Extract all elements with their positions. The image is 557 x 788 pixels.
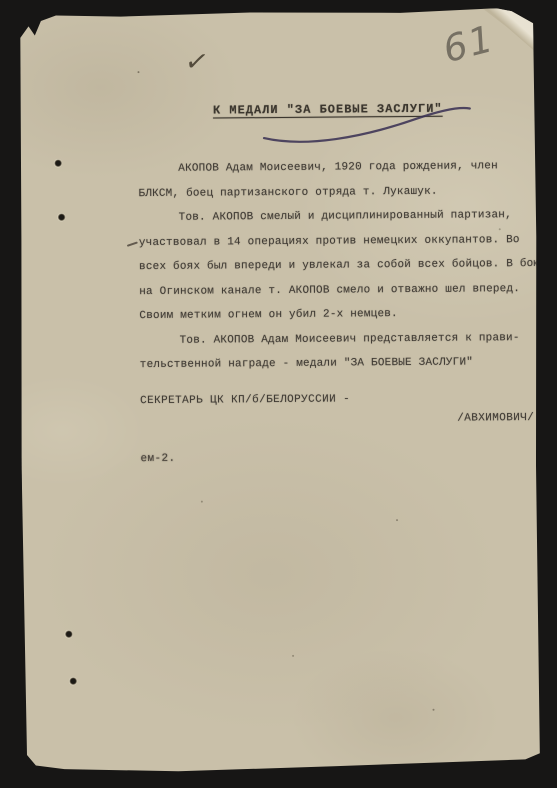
body-line: Тов. АКОПОВ Адам Моисеевич представляетс…	[140, 332, 526, 360]
title-row: К МЕДАЛИ "ЗА БОЕВЫЕ ЗАСЛУГИ"	[138, 98, 518, 119]
body-line: на Огинском канале т. АКОПОВ смело и отв…	[139, 283, 525, 311]
document-title: К МЕДАЛИ "ЗА БОЕВЫЕ ЗАСЛУГИ"	[213, 102, 443, 118]
body-line: БЛКСМ, боец партизанского отряда т. Лука…	[138, 185, 524, 213]
body-line: тельственной награде - медали "ЗА БОЕВЫЕ…	[140, 356, 526, 384]
handwritten-page-number: 61	[439, 17, 499, 71]
signature-name: /АВХИМОВИЧ/	[140, 412, 534, 427]
body-line: Своим метким огнем он убил 2-х немцев.	[139, 307, 525, 335]
paper-specks	[137, 71, 139, 73]
punch-hole	[57, 213, 66, 222]
body-line: участвовал в 14 операциях против немецки…	[139, 234, 525, 262]
body-line: Тов. АКОПОВ смелый и дисциплинированный …	[139, 209, 525, 237]
signature-title: СЕКРЕТАРЬ ЦК КП/б/БЕЛОРУССИИ -	[140, 393, 350, 407]
punch-hole	[68, 677, 77, 686]
body-line: всех боях был впереди и увлекал за собой…	[139, 258, 525, 286]
document-body: АКОПОВ Адам Моисеевич, 1920 года рождени…	[138, 160, 526, 384]
punch-hole	[53, 159, 62, 168]
pen-margin-mark	[127, 241, 138, 246]
handwritten-checkmark: ✓	[182, 46, 211, 79]
scan-background: ✓ 61 К МЕДАЛИ "ЗА БОЕВЫЕ ЗАСЛУГИ" АКОПОВ…	[0, 0, 557, 788]
document-page: ✓ 61 К МЕДАЛИ "ЗА БОЕВЫЕ ЗАСЛУГИ" АКОПОВ…	[17, 8, 541, 774]
typist-note: ем-2.	[140, 453, 175, 465]
body-line: АКОПОВ Адам Моисеевич, 1920 года рождени…	[138, 160, 524, 188]
punch-hole	[64, 630, 73, 639]
